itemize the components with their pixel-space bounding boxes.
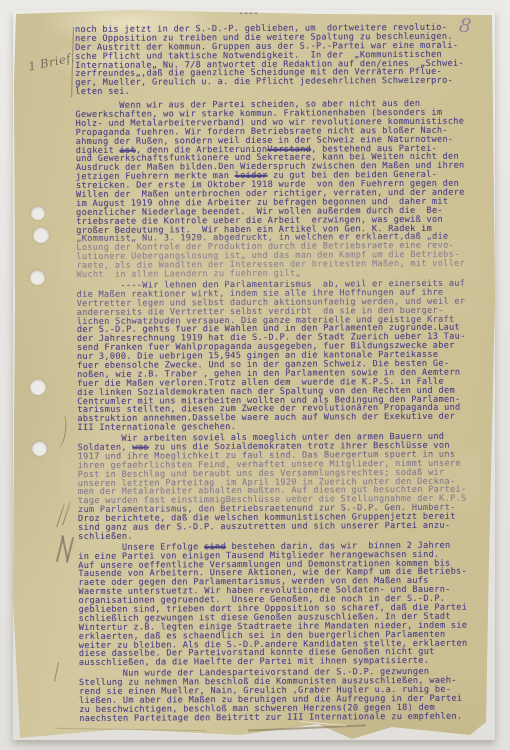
struck-word: leider: [235, 171, 268, 181]
punch-hole: [32, 441, 47, 456]
punch-hole: [30, 270, 45, 285]
punch-hole: [31, 206, 45, 220]
page-divider-mark: ----: [228, 8, 268, 19]
struck-word: ist: [120, 145, 136, 155]
photo-background: ---- 8 1 Brief. noch bis jetzt in der S.…: [0, 0, 510, 750]
typewritten-text: noch bis jetzt in der S.-D.-P. geblieben…: [75, 24, 479, 726]
paragraph: Wenn wir aus der Partei scheiden, so abe…: [75, 100, 476, 280]
text-line: naechsten Parteitage den Beitritt zur II…: [79, 712, 479, 723]
paragraph: Unsere Erfolge sind bestehen darin, das …: [78, 541, 479, 668]
struck-word: sind: [204, 542, 226, 552]
struck-word: was: [132, 443, 148, 453]
struck-word: Vorstand: [267, 144, 311, 154]
paragraph: Nun wurde der Landesparteivorstand der S…: [79, 668, 479, 724]
paragraph: noch bis jetzt in der S.-D.-P. geblieben…: [75, 24, 475, 98]
paragraph: Wir arbeiten soviel als moeglich unter d…: [77, 433, 478, 542]
punch-hole: [30, 379, 46, 395]
paragraph: ----Wir lehnen den Parlamentarismus ab, …: [77, 279, 478, 433]
punch-hole: [33, 227, 49, 243]
